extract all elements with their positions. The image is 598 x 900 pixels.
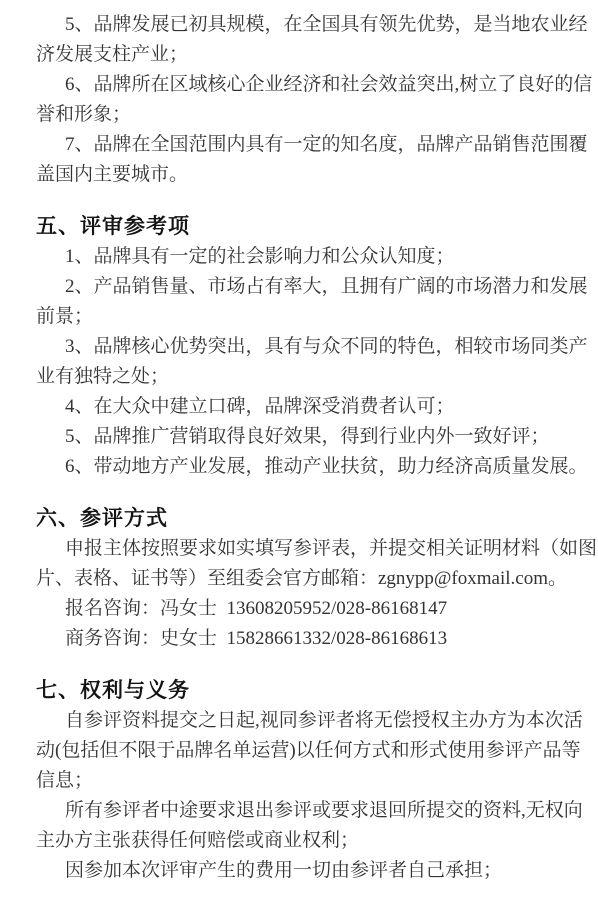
text-line: 1、品牌具有一定的社会影响力和公众认知度；	[36, 242, 570, 272]
text-line: 前景；	[36, 302, 570, 332]
text-line: 4、在大众中建立口碑，品牌深受消费者认可；	[36, 392, 570, 422]
text-line: 誉和形象；	[36, 100, 570, 130]
document-page: 5、品牌发展已初具规模，在全国具有领先优势，是当地农业经济发展支柱产业；6、品牌…	[0, 0, 598, 900]
text-line: 6、带动地方产业发展，推动产业扶贫，助力经济高质量发展。	[36, 452, 570, 482]
text-line: 信息；	[36, 766, 570, 796]
section-heading: 六、参评方式	[36, 504, 570, 534]
text-line: 动(包括但不限于品牌名单运营)以任何方式和形式使用参评产品等	[36, 736, 570, 766]
document-body: 5、品牌发展已初具规模，在全国具有领先优势，是当地农业经济发展支柱产业；6、品牌…	[36, 10, 570, 886]
text-line: 7、品牌在全国范围内具有一定的知名度，品牌产品销售范围覆	[36, 130, 570, 160]
text-line: 5、品牌发展已初具规模，在全国具有领先优势，是当地农业经	[36, 10, 570, 40]
section-heading: 五、评审参考项	[36, 212, 570, 242]
text-line: 业有独特之处；	[36, 362, 570, 392]
text-line: 因参加本次评审产生的费用一切由参评者自己承担；	[36, 856, 570, 886]
text-line: 片、表格、证书等）至组委会官方邮箱：zgnypp@foxmail.com。	[36, 564, 570, 594]
text-line: 主办方主张获得任何赔偿或商业权利；	[36, 826, 570, 856]
contact-line: 商务咨询：史女士 15828661332/028-86168613	[36, 624, 570, 654]
text-line: 盖国内主要城市。	[36, 160, 570, 190]
section-heading: 七、权利与义务	[36, 676, 570, 706]
text-line: 3、品牌核心优势突出，具有与众不同的特色，相较市场同类产	[36, 332, 570, 362]
text-line: 2、产品销售量、市场占有率大，且拥有广阔的市场潜力和发展	[36, 272, 570, 302]
text-line: 6、品牌所在区域核心企业经济和社会效益突出,树立了良好的信	[36, 70, 570, 100]
text-line: 所有参评者中途要求退出参评或要求退回所提交的资料,无权向	[36, 796, 570, 826]
contact-line: 报名咨询：冯女士 13608205952/028-86168147	[36, 594, 570, 624]
text-line: 5、品牌推广营销取得良好效果，得到行业内外一致好评；	[36, 422, 570, 452]
text-line: 济发展支柱产业；	[36, 40, 570, 70]
text-line: 自参评资料提交之日起,视同参评者将无偿授权主办方为本次活	[36, 706, 570, 736]
text-line: 申报主体按照要求如实填写参评表，并提交相关证明材料（如图	[36, 534, 570, 564]
